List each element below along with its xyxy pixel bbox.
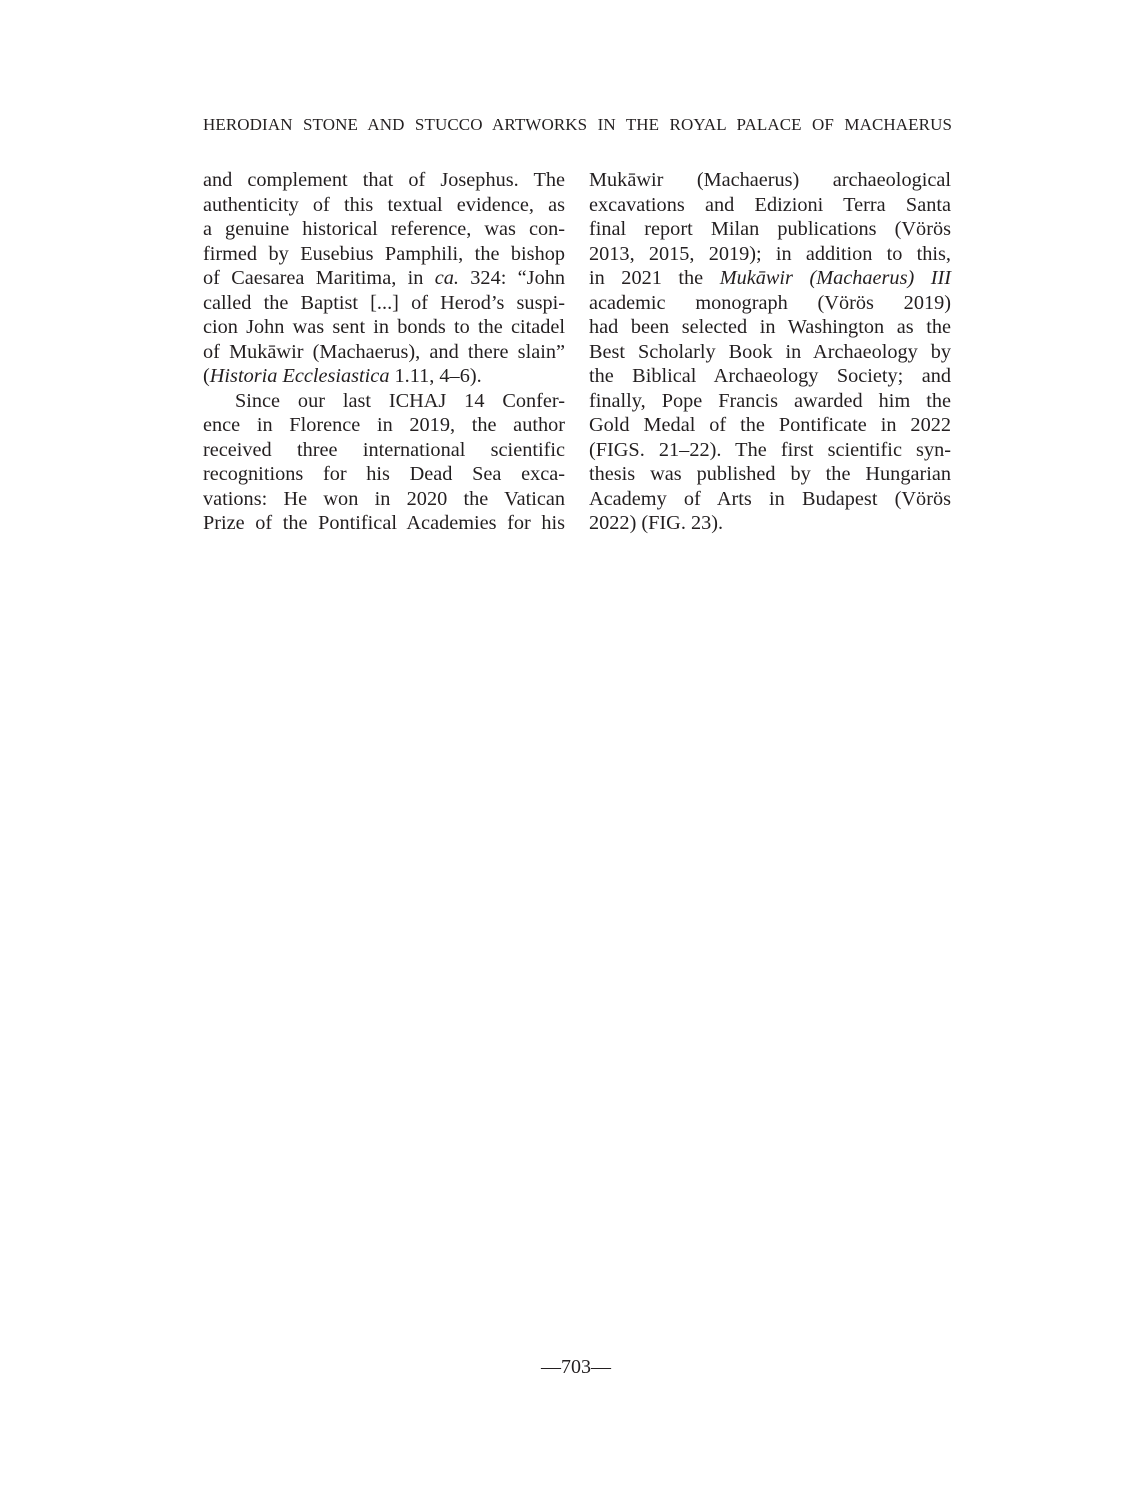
left-column: and complement that of Josephus. The aut…	[203, 168, 565, 536]
text-line: Gold Medal of the Pontificate in 2022	[589, 413, 951, 438]
text-line: 2013, 2015, 2019); in addition to this,	[589, 242, 951, 267]
italic-work-title: Historia Ecclesiastica	[210, 365, 390, 387]
text-segment: 1.11, 4–6).	[389, 365, 481, 387]
text-line: in 2021 the Mukāwir (Machaerus) III	[589, 266, 951, 291]
text-line: the Biblical Archaeology Society; and	[589, 364, 951, 389]
text-line: of Mukāwir (Machaerus), and there slain”	[203, 340, 565, 365]
text-line: authenticity of this textual evidence, a…	[203, 193, 565, 218]
text-line: 2022) (FIG. 23).	[589, 511, 951, 536]
text-line: academic monograph (Vörös 2019)	[589, 291, 951, 316]
text-line: Prize of the Pontifical Academies for hi…	[203, 511, 565, 536]
text-line: cion John was sent in bonds to the citad…	[203, 315, 565, 340]
text-line: called the Baptist [...] of Herod’s susp…	[203, 291, 565, 316]
text-segment: of Caesarea Maritima, in	[203, 267, 435, 289]
text-line: Academy of Arts in Budapest (Vörös	[589, 487, 951, 512]
text-line: finally, Pope Francis awarded him the	[589, 389, 951, 414]
text-line: (Historia Ecclesiastica 1.11, 4–6).	[203, 364, 565, 389]
text-line: final report Milan publications (Vörös	[589, 217, 951, 242]
text-line: (FIGS. 21–22). The first scientific syn-	[589, 438, 951, 463]
italic-book-title: Mukāwir (Machaerus) III	[720, 267, 951, 289]
text-line: a genuine historical reference, was con-	[203, 217, 565, 242]
text-line: ence in Florence in 2019, the author	[203, 413, 565, 438]
text-line: received three international scientific	[203, 438, 565, 463]
page-number: —703—	[0, 1355, 1126, 1379]
right-column: Mukāwir (Machaerus) archaeological excav…	[589, 168, 951, 536]
text-line: and complement that of Josephus. The	[203, 168, 565, 193]
italic-abbreviation: ca.	[435, 267, 459, 289]
text-line: Mukāwir (Machaerus) archaeological	[589, 168, 951, 193]
text-line: of Caesarea Maritima, in ca. 324: “John	[203, 266, 565, 291]
text-segment: 324: “John	[459, 267, 565, 289]
running-head: HERODIAN STONE AND STUCCO ARTWORKS IN TH…	[203, 114, 952, 136]
text-segment: (	[203, 365, 210, 387]
paragraph-start-line: Since our last ICHAJ 14 Confer-	[203, 389, 565, 414]
text-segment: in 2021 the	[589, 267, 720, 289]
text-line: recognitions for his Dead Sea exca-	[203, 462, 565, 487]
text-line: vations: He won in 2020 the Vatican	[203, 487, 565, 512]
text-line: firmed by Eusebius Pamphili, the bishop	[203, 242, 565, 267]
text-line: Best Scholarly Book in Archaeology by	[589, 340, 951, 365]
text-line: excavations and Edizioni Terra Santa	[589, 193, 951, 218]
text-line: thesis was published by the Hungarian	[589, 462, 951, 487]
text-line: had been selected in Washington as the	[589, 315, 951, 340]
